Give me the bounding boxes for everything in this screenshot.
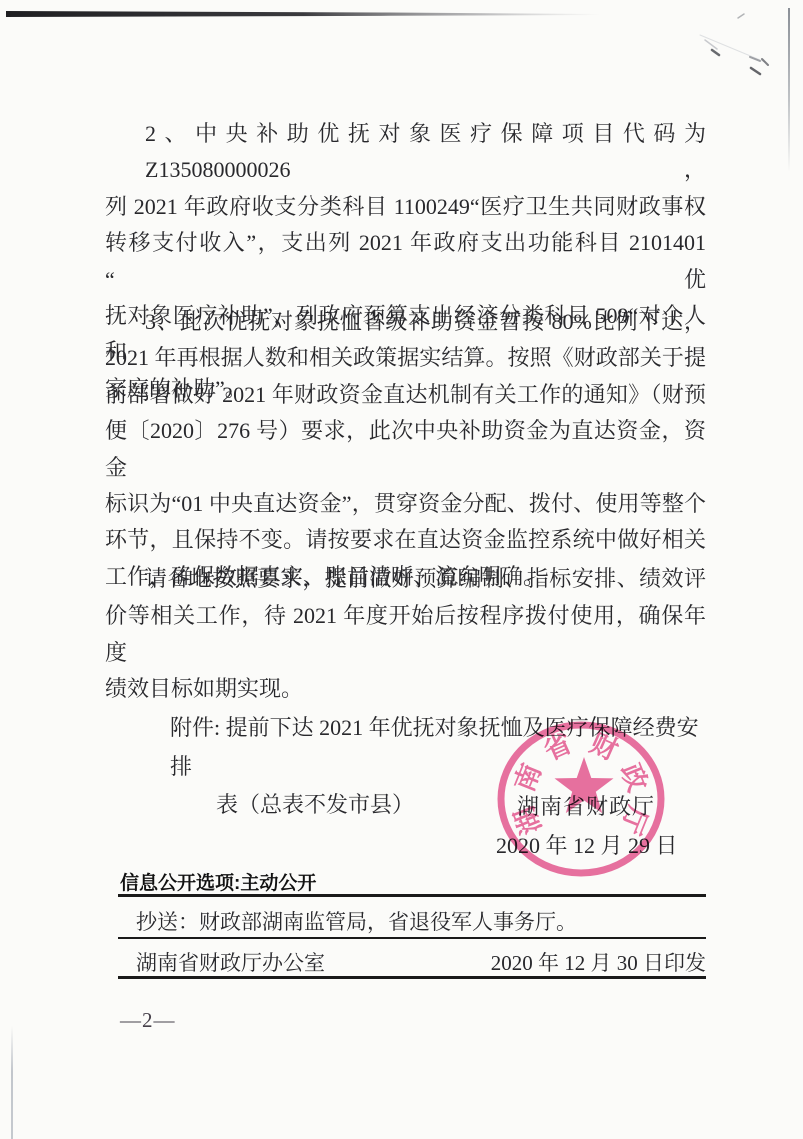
seal-character: 政 bbox=[615, 760, 653, 796]
body-text-line: 2021 年再根据人数和相关政策据实结算。按照《财政部关于提 bbox=[105, 340, 706, 376]
cc-line: 抄送：财政部湖南监管局，省退役军人事务厅。 bbox=[136, 906, 577, 936]
body-text-line: 绩效目标如期实现。 bbox=[105, 671, 706, 708]
seal-character: 湖 bbox=[509, 802, 547, 838]
body-text-line: 环节，且保持不变。请按要求在直达资金监控系统中做好相关 bbox=[105, 522, 706, 558]
issuing-office: 湖南省财政厅办公室 bbox=[118, 947, 325, 977]
issuer-row: 湖南省财政厅办公室 2020 年 12 月 30 日印发 bbox=[118, 947, 706, 977]
footer-divider bbox=[118, 937, 706, 939]
body-text-line: 列 2021 年政府收支分类科目 1100249“医疗卫生共同财政事权 bbox=[105, 189, 706, 225]
body-text-line: 标识为“01 中央直达资金”，贯穿资金分配、拨付、使用等整个 bbox=[105, 486, 706, 522]
pencil-smudge-marks bbox=[650, 0, 800, 120]
page-number: —2— bbox=[120, 1008, 176, 1033]
body-text-line: 请各地按照要求，提前做好预算编制、指标安排、绩效评 bbox=[105, 561, 706, 598]
scan-edge-artifact-right bbox=[788, 8, 790, 172]
scan-edge-artifact-top bbox=[0, 0, 803, 30]
star-icon bbox=[555, 757, 614, 813]
footer-divider bbox=[118, 894, 706, 897]
body-text-line: 前部署做好 2021 年财政资金直达机制有关工作的通知》（财预 bbox=[105, 377, 706, 413]
scan-edge-artifact-left bbox=[11, 1026, 13, 1139]
footer-divider bbox=[118, 976, 706, 979]
body-text-line: 3、此次优抚对象抚恤省级补助资金暂按 80%比例下达， bbox=[105, 304, 706, 340]
disclosure-option-label: 信息公开选项:主动公开 bbox=[120, 868, 316, 895]
body-text-line: 价等相关工作，待 2021 年度开始后按程序拨付使用，确保年度 bbox=[105, 598, 706, 672]
seal-character: 厅 bbox=[615, 802, 653, 838]
official-seal: 湖南省财政厅 bbox=[493, 711, 669, 887]
seal-character: 南 bbox=[509, 760, 547, 796]
print-date: 2020 年 12 月 30 日印发 bbox=[491, 947, 706, 977]
body-text-line: 转移支付收入”，支出列 2021 年政府支出功能科目 2101401 “优 bbox=[105, 225, 706, 298]
scanned-document-page: 2、中央补助优抚对象医疗保障项目代码为 Z135080000026，列 2021… bbox=[0, 0, 803, 1139]
body-text-line: 便〔2020〕276 号）要求，此次中央补助资金为直达资金，资金 bbox=[105, 413, 706, 486]
body-paragraph-closing: 请各地按照要求，提前做好预算编制、指标安排、绩效评价等相关工作，待 2021 年… bbox=[105, 561, 706, 708]
body-text-line: 2、中央补助优抚对象医疗保障项目代码为 Z135080000026， bbox=[105, 116, 706, 189]
body-paragraph-3: 3、此次优抚对象抚恤省级补助资金暂按 80%比例下达，2021 年再根据人数和相… bbox=[105, 304, 706, 595]
